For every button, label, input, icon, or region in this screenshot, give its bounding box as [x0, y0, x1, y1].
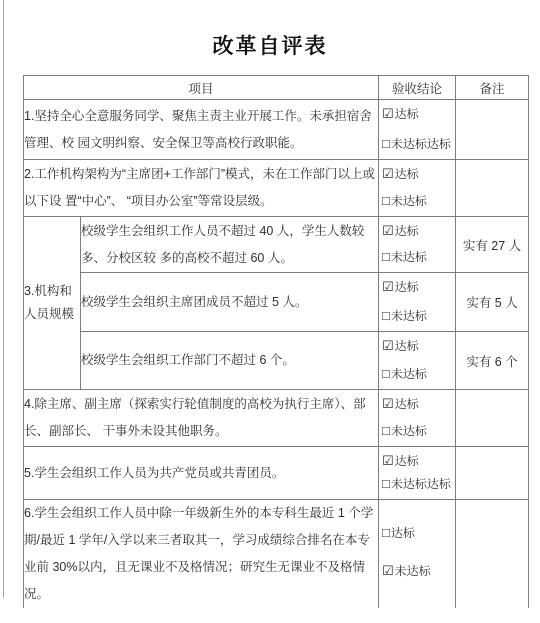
option-label: 达标 [395, 453, 419, 469]
table-row: 1.坚持全心全意服务同学、聚焦主责主业开展工作。未承担宿舍管理、校 园文明纠察、… [24, 100, 529, 160]
checkbox-unchecked-icon[interactable]: □ [382, 136, 390, 152]
item-cell: 1.坚持全心全意服务同学、聚焦主责主业开展工作。未承担宿舍管理、校 园文明纠察、… [24, 100, 379, 160]
table-row: 2.工作机构架构为“主席团+工作部门”模式，未在工作部门以上或以下设 置“中心”… [24, 160, 529, 217]
conclusion-cell: ☑达标 □未达标达标 [379, 447, 456, 500]
conclusion-cell: ☑达标 □未达标 [379, 160, 456, 217]
page-title: 改革自评表 [0, 30, 540, 60]
item-cell: 校级学生会组织工作人员不超过 40 人，学生人数较多、分校区较 多的高校不超过 … [81, 217, 379, 273]
option-label: 达标 [395, 338, 419, 354]
checkbox-checked-icon[interactable]: ☑ [382, 453, 394, 469]
option-label: 达标 [395, 223, 419, 239]
conclusion-cell: ☑达标 □未达标 [379, 217, 456, 273]
checkbox-unchecked-icon[interactable]: □ [382, 423, 390, 439]
option-label: 达标 [395, 166, 419, 182]
option-label: 达标 [395, 396, 419, 412]
conclusion-option-met[interactable]: ☑达标 [382, 223, 455, 239]
remark-cell [456, 390, 529, 447]
remark-cell [456, 100, 529, 160]
checkbox-unchecked-icon[interactable]: □ [382, 193, 390, 209]
header-remark: 备注 [456, 76, 529, 100]
table-row: 5.学生会组织工作人员为共产党员或共青团员。 ☑达标 □未达标达标 [24, 447, 529, 500]
conclusion-option-met[interactable]: ☑达标 [382, 279, 455, 295]
remark-cell [456, 500, 529, 609]
item-cell: 5.学生会组织工作人员为共产党员或共青团员。 [24, 447, 379, 500]
item-cell: 2.工作机构架构为“主席团+工作部门”模式，未在工作部门以上或以下设 置“中心”… [24, 160, 379, 217]
table-row: 4.除主席、副主席（探索实行轮值制度的高校为执行主席）、部长、副部长、 干事外未… [24, 390, 529, 447]
option-label: 未达标 [391, 249, 427, 265]
checkbox-checked-icon[interactable]: ☑ [382, 166, 394, 182]
option-label: 未达标 [391, 423, 427, 439]
table-row: 3.机构和人员规模 校级学生会组织工作人员不超过 40 人，学生人数较多、分校区… [24, 217, 529, 273]
option-label: 未达标达标 [391, 476, 451, 492]
checkbox-checked-icon[interactable]: ☑ [382, 106, 394, 122]
option-label: 达标 [395, 279, 419, 295]
table-row: 校级学生会组织工作部门不超过 6 个。 ☑达标 □未达标 实有 6 个 [24, 332, 529, 390]
header-item: 项目 [24, 76, 379, 100]
checkbox-unchecked-icon[interactable]: □ [382, 476, 390, 492]
checkbox-unchecked-icon[interactable]: □ [382, 249, 390, 265]
group-label-cell: 3.机构和人员规模 [24, 217, 81, 390]
table-row: 校级学生会组织主席团成员不超过 5 人。 ☑达标 □未达标 实有 5 人 [24, 273, 529, 332]
checkbox-unchecked-icon[interactable]: □ [382, 525, 390, 541]
conclusion-option-met[interactable]: □达标 [382, 525, 455, 541]
option-label: 达标 [395, 106, 419, 122]
remark-cell: 实有 5 人 [456, 273, 529, 332]
option-label: 未达标达标 [391, 136, 451, 152]
conclusion-cell: □达标 ☑未达标 [379, 500, 456, 609]
item-cell: 6.学生会组织工作人员中除一年级新生外的本专科生最近 1 个学期/最近 1 学年… [24, 500, 379, 609]
conclusion-cell: ☑达标 □未达标 [379, 273, 456, 332]
header-conclusion: 验收结论 [379, 76, 456, 100]
page-edge-line [3, 0, 4, 598]
conclusion-option-met[interactable]: ☑达标 [382, 166, 455, 182]
option-label: 未达标 [391, 308, 427, 324]
conclusion-option-met[interactable]: ☑达标 [382, 106, 455, 122]
conclusion-option-not-met[interactable]: □未达标达标 [382, 476, 455, 492]
conclusion-option-met[interactable]: ☑达标 [382, 453, 455, 469]
option-label: 未达标 [391, 366, 427, 382]
conclusion-option-met[interactable]: ☑达标 [382, 396, 455, 412]
checkbox-checked-icon[interactable]: ☑ [382, 563, 394, 579]
checkbox-checked-icon[interactable]: ☑ [382, 396, 394, 412]
checkbox-checked-icon[interactable]: ☑ [382, 279, 394, 295]
table-header-row: 项目 验收结论 备注 [24, 76, 529, 100]
table-row: 6.学生会组织工作人员中除一年级新生外的本专科生最近 1 个学期/最近 1 学年… [24, 500, 529, 609]
conclusion-option-not-met[interactable]: □未达标 [382, 423, 455, 439]
conclusion-option-met[interactable]: ☑达标 [382, 338, 455, 354]
checkbox-unchecked-icon[interactable]: □ [382, 308, 390, 324]
conclusion-option-not-met[interactable]: □未达标达标 [382, 136, 455, 152]
conclusion-cell: ☑达标 □未达标 [379, 390, 456, 447]
conclusion-option-not-met[interactable]: □未达标 [382, 193, 455, 209]
option-label: 达标 [391, 525, 415, 541]
remark-cell: 实有 6 个 [456, 332, 529, 390]
conclusion-option-not-met[interactable]: □未达标 [382, 366, 455, 382]
item-cell: 校级学生会组织工作部门不超过 6 个。 [81, 332, 379, 390]
remark-cell [456, 160, 529, 217]
checkbox-checked-icon[interactable]: ☑ [382, 223, 394, 239]
checkbox-unchecked-icon[interactable]: □ [382, 366, 390, 382]
option-label: 未达标 [395, 563, 431, 579]
conclusion-option-not-met[interactable]: □未达标 [382, 308, 455, 324]
option-label: 未达标 [391, 193, 427, 209]
item-cell: 4.除主席、副主席（探索实行轮值制度的高校为执行主席）、部长、副部长、 干事外未… [24, 390, 379, 447]
remark-cell: 实有 27 人 [456, 217, 529, 273]
conclusion-cell: ☑达标 □未达标 [379, 332, 456, 390]
assessment-table: 项目 验收结论 备注 1.坚持全心全意服务同学、聚焦主责主业开展工作。未承担宿舍… [23, 75, 529, 608]
remark-cell [456, 447, 529, 500]
conclusion-cell: ☑达标 □未达标达标 [379, 100, 456, 160]
conclusion-option-not-met[interactable]: ☑未达标 [382, 563, 455, 579]
checkbox-checked-icon[interactable]: ☑ [382, 338, 394, 354]
conclusion-option-not-met[interactable]: □未达标 [382, 249, 455, 265]
item-cell: 校级学生会组织主席团成员不超过 5 人。 [81, 273, 379, 332]
